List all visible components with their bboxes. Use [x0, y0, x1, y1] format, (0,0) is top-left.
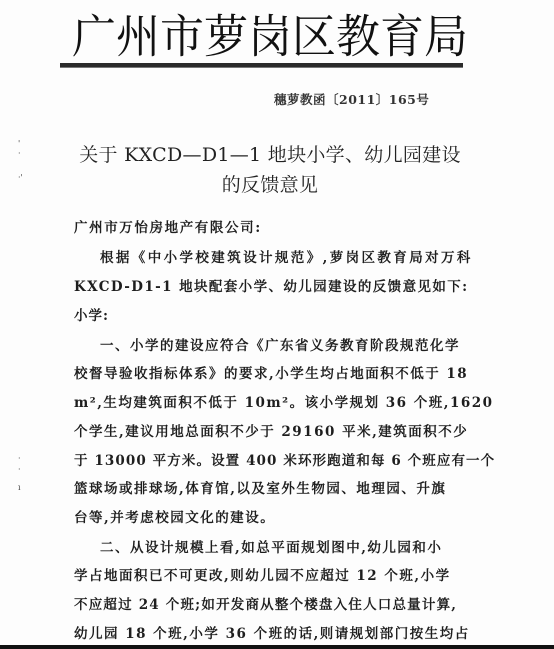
- margin-mark: ı: [18, 484, 24, 492]
- section-heading: 小学:: [74, 304, 436, 324]
- letterhead-char: 区: [292, 11, 336, 66]
- paragraph-line: 不应超过 24 个班;如开发商从整个楼盘入住人口总量计算,: [74, 593, 436, 613]
- intro-line: KXCD-D1-1 地块配套小学、幼儿园建设的反馈意见如下:: [74, 275, 436, 295]
- paragraph-line: 一、小学的建设应符合《广东省义务教育阶段规范化学: [100, 334, 436, 354]
- letterhead-char: 育: [380, 11, 424, 66]
- salutation: 广州市万怡房地产有限公司:: [74, 216, 436, 236]
- letterhead-char: 岗: [248, 11, 292, 66]
- margin-mark: ·: [18, 150, 24, 158]
- paragraph-line: 幼儿园 18 个班,小学 36 个班的话,则请规划部门按生均占: [74, 622, 436, 642]
- paragraph-line: 于 13000 平方米。设置 400 米环形跑道和每 6 个班应有一个: [74, 449, 436, 469]
- margin-mark: ·: [18, 466, 24, 474]
- paragraph-line: 台等,并考虑校园文化的建设。: [74, 506, 436, 526]
- margin-mark: ·: [18, 455, 24, 463]
- letterhead-char: 局: [424, 11, 468, 66]
- document-title-line-1: 关于 KXCD—D1—1 地块小学、幼儿园建设: [60, 140, 480, 167]
- letterhead-char: 广: [72, 11, 116, 66]
- letterhead-char: 州: [116, 11, 160, 66]
- page-bottom-edge: [0, 645, 554, 649]
- letterhead-rule: [60, 63, 463, 68]
- intro-line: 根据《中小学校建筑设计规范》,萝岗区教育局对万科: [100, 246, 436, 266]
- scanned-document-page: 广 州 市 萝 岗 区 教 育 局 穗萝教函〔2011〕165号 ' · ·' …: [0, 0, 554, 649]
- paragraph-line: 校督导验收指标体系》的要求,小学生均占地面积不低于 18: [74, 362, 436, 382]
- margin-mark: ': [18, 140, 24, 148]
- margin-mark: ·': [18, 174, 24, 182]
- letterhead-char: 教: [336, 11, 380, 66]
- paragraph-line: 篮球场或排球场,体育馆,以及室外生物园、地理园、升旗: [74, 477, 436, 497]
- document-number: 穗萝教函〔2011〕165号: [274, 90, 429, 108]
- paragraph-line: 个学生,建议用地总面积不少于 29160 平米,建筑面积不少: [74, 420, 436, 440]
- paragraph-line: m²,生均建筑面积不低于 10m²。该小学规划 36 个班,1620: [74, 391, 436, 411]
- letterhead-char: 市: [160, 11, 204, 66]
- letterhead: 广 州 市 萝 岗 区 教 育 局: [72, 8, 467, 64]
- paragraph-line: 二、从设计规模上看,如总平面规划图中,幼儿园和小: [100, 536, 436, 556]
- letterhead-char: 萝: [204, 11, 248, 66]
- document-title-line-2: 的反馈意见: [60, 170, 480, 197]
- paragraph-line: 学占地面积已不可更改,则幼儿园不应超过 12 个班,小学: [74, 564, 436, 584]
